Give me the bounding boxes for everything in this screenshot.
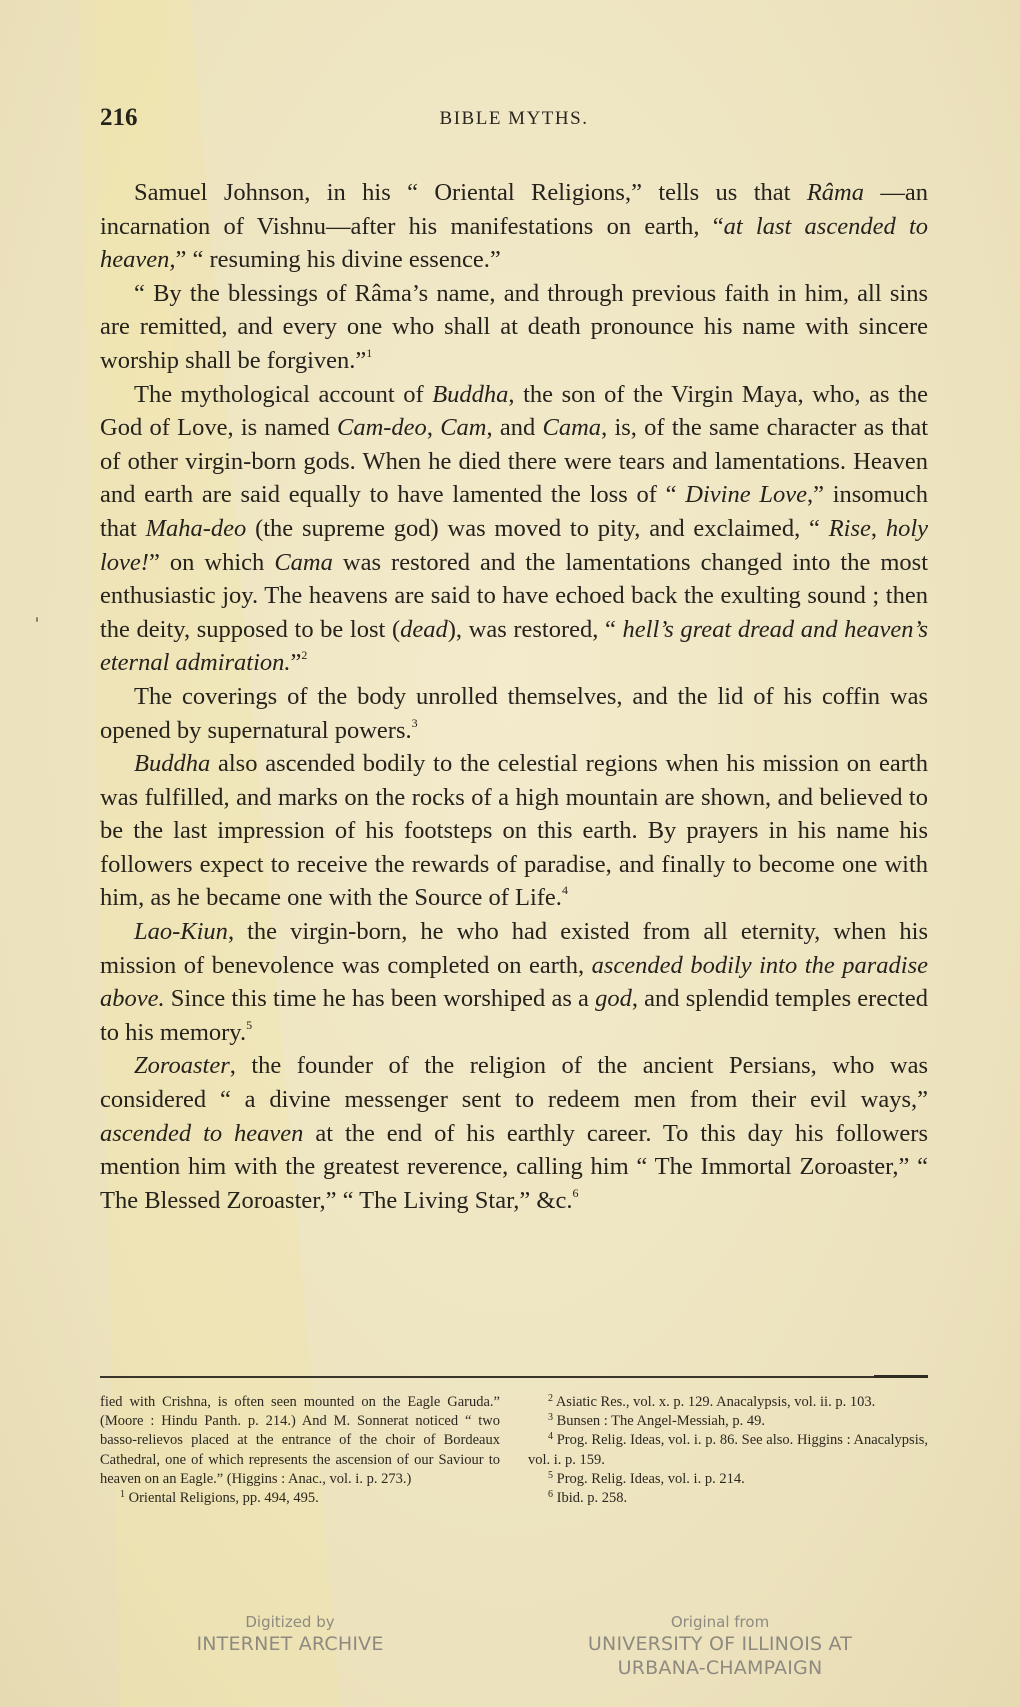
paragraph: “ By the blessings of Râma’s name, and t… — [100, 277, 928, 378]
footnote-reference: 4 — [562, 883, 568, 897]
footnote: 6 Ibid. p. 258. — [528, 1489, 928, 1508]
footnote-reference: 3 — [412, 716, 418, 730]
footnote-text: Bunsen : The Angel-Messiah, p. 49. — [553, 1413, 765, 1429]
italic-text: ascended to heaven — [100, 1120, 303, 1147]
italic-text: Buddha — [134, 750, 210, 777]
footnote: 3 Bunsen : The Angel-Messiah, p. 49. — [528, 1412, 928, 1431]
footnote-text: Prog. Relig. Ideas, vol. i. p. 86. See a… — [528, 1432, 928, 1467]
digitized-by-text: Digitized by — [150, 1612, 430, 1632]
text-run: , — [871, 515, 886, 542]
italic-text: Maha-deo — [146, 515, 247, 542]
italic-text: Cam-deo — [337, 414, 427, 441]
italic-text: Rise — [829, 515, 871, 542]
text-run: Since this time he has been worshiped as… — [165, 985, 595, 1012]
footnote-text: Prog. Relig. Ideas, vol. i. p. 214. — [553, 1471, 745, 1487]
text-run: , and — [487, 414, 543, 441]
text-run: (the supreme god) was moved to pity, and… — [246, 515, 828, 542]
footnote: 5 Prog. Relig. Ideas, vol. i. p. 214. — [528, 1470, 928, 1489]
footnote-text: Asiatic Res., vol. x. p. 129. Anacalypsi… — [553, 1394, 875, 1410]
footnote-reference: 1 — [366, 346, 372, 360]
footnote-reference: 2 — [301, 648, 307, 662]
italic-text: Cam — [440, 414, 486, 441]
text-run: , — [427, 414, 440, 441]
paragraph: Lao-Kiun, the virgin-born, he who had ex… — [100, 915, 928, 1049]
italic-text: Cama — [274, 549, 333, 576]
italic-text: dead — [400, 616, 448, 643]
footnotes-left-column: fied with Crishna, is often seen mounted… — [100, 1393, 500, 1508]
footnote-text: Ibid. p. 258. — [553, 1490, 627, 1506]
italic-text: Lao-Kiun — [134, 918, 228, 945]
text-run: ” on which — [149, 549, 274, 576]
footnote-reference: 6 — [572, 1186, 578, 1200]
internet-archive-text: INTERNET ARCHIVE — [150, 1632, 430, 1656]
footnote-reference: 5 — [246, 1018, 252, 1032]
italic-text: Cama — [543, 414, 602, 441]
text-run: ” — [291, 649, 302, 676]
text-run: ), was restored, “ — [448, 616, 623, 643]
text-run: ” “ resuming his divine essence.” — [176, 246, 501, 273]
paragraph: The coverings of the body unrolled thems… — [100, 680, 928, 747]
text-run: “ By the blessings of Râma’s name, and t… — [100, 280, 928, 374]
footnote-text: fied with Crishna, is often seen mounted… — [100, 1394, 500, 1487]
footnote: 4 Prog. Relig. Ideas, vol. i. p. 86. See… — [528, 1431, 928, 1469]
italic-text: Zoroaster — [134, 1052, 230, 1079]
italic-text: Buddha — [432, 381, 508, 408]
digitized-by-label: Digitized by INTERNET ARCHIVE — [150, 1612, 430, 1656]
body-text: Samuel Johnson, in his “ Oriental Religi… — [100, 176, 928, 1217]
footnote-text: Oriental Religions, pp. 494, 495. — [125, 1490, 319, 1506]
running-head: 216 BIBLE MYTHS. — [100, 104, 928, 134]
italic-text: Divine Love — [685, 481, 807, 508]
paragraph: Samuel Johnson, in his “ Oriental Religi… — [100, 176, 928, 277]
university-name-line1: UNIVERSITY OF ILLINOIS AT — [560, 1632, 880, 1656]
footnote-divider — [100, 1376, 922, 1378]
paragraph: Zoroaster, the founder of the religion o… — [100, 1049, 928, 1217]
running-title: BIBLE MYTHS. — [100, 108, 928, 130]
text-run: also ascended bodily to the celestial re… — [100, 750, 928, 911]
paragraph: The mythological account of Buddha, the … — [100, 378, 928, 680]
footnote: 1 Oriental Religions, pp. 494, 495. — [100, 1489, 500, 1508]
text-run: The mythological account of — [134, 381, 432, 408]
paragraph: Buddha also ascended bodily to the celes… — [100, 747, 928, 915]
footnote: 2 Asiatic Res., vol. x. p. 129. Anacalyp… — [528, 1393, 928, 1412]
text-run: Samuel Johnson, in his “ Oriental Religi… — [134, 179, 807, 206]
margin-speck — [36, 617, 38, 622]
original-from-label: Original from UNIVERSITY OF ILLINOIS AT … — [560, 1612, 880, 1680]
italic-text: Râma — [807, 179, 864, 206]
original-from-text: Original from — [560, 1612, 880, 1632]
footnote: fied with Crishna, is often seen mounted… — [100, 1393, 500, 1489]
italic-text: god — [595, 985, 632, 1012]
footnotes-right-column: 2 Asiatic Res., vol. x. p. 129. Anacalyp… — [528, 1393, 928, 1508]
text-run: The coverings of the body unrolled thems… — [100, 683, 928, 744]
university-name-line2: URBANA-CHAMPAIGN — [560, 1656, 880, 1680]
